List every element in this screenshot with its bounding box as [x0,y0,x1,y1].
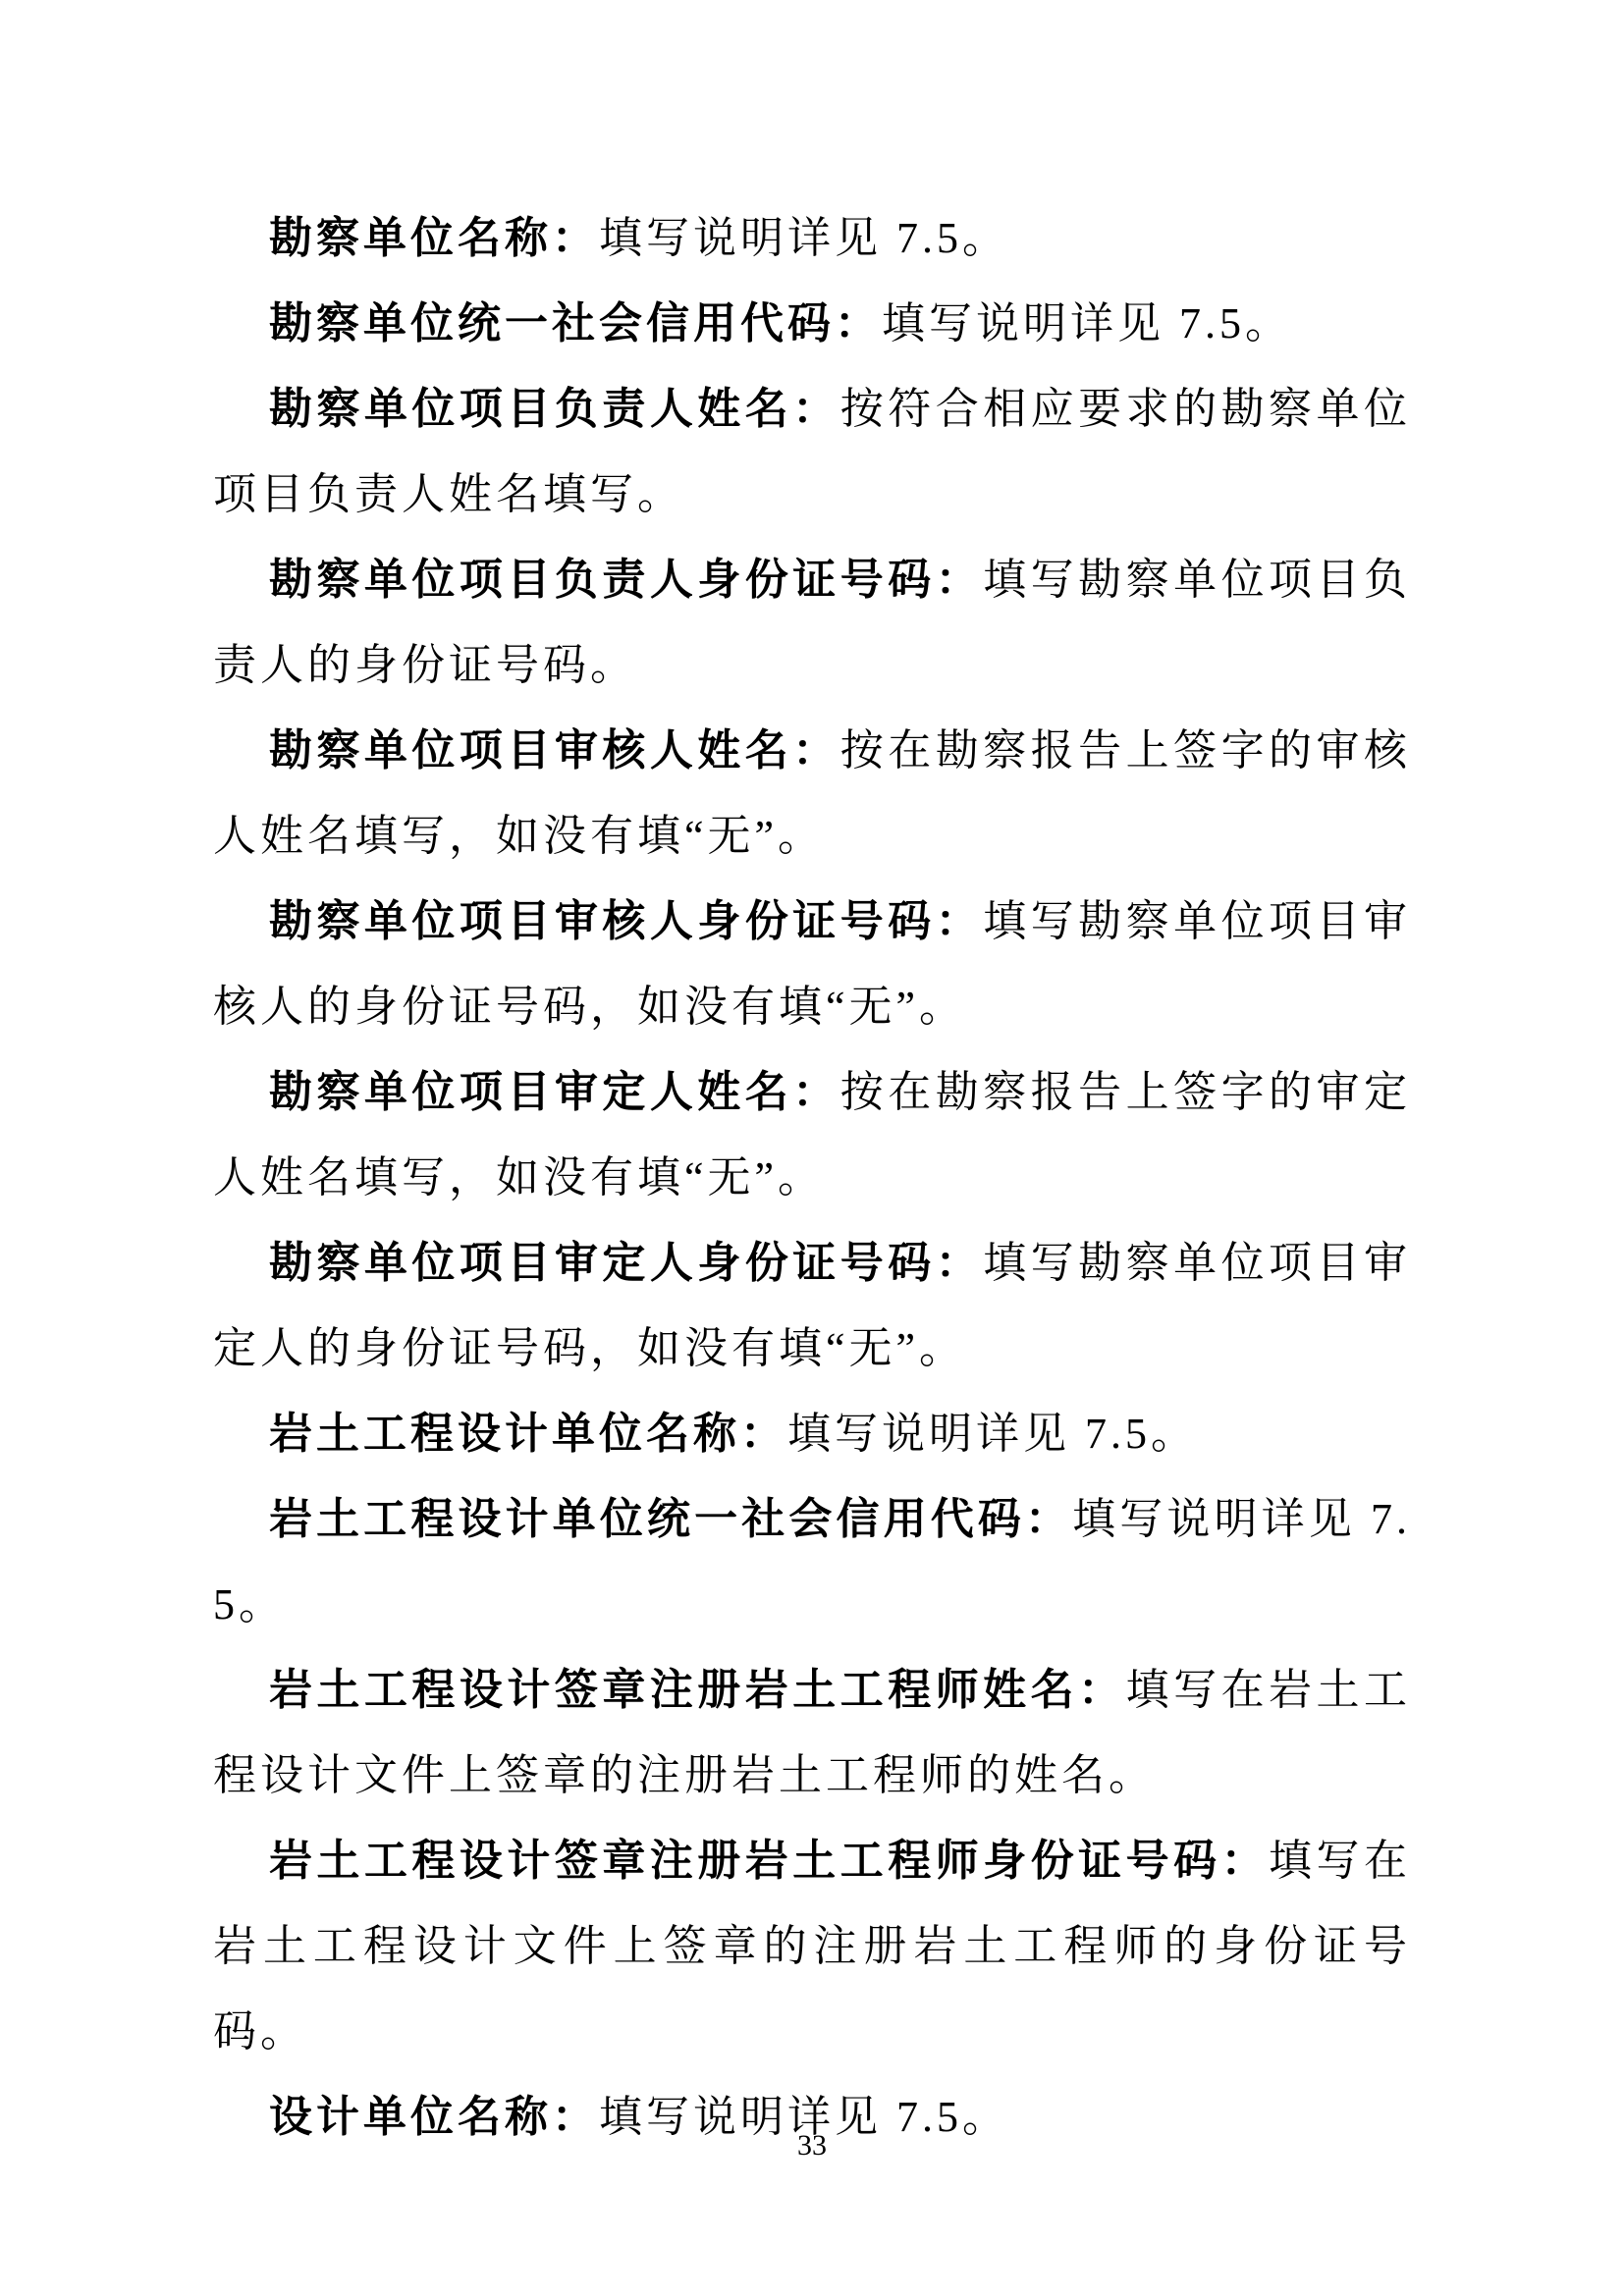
paragraph-label: 勘察单位项目审定人身份证号码： [269,1239,983,1287]
paragraph: 勘察单位项目负责人姓名：按符合相应要求的勘察单位项目负责人姓名填写。 [213,366,1411,537]
paragraph-text: 填写说明详见 7.5。 [882,299,1292,347]
paragraph: 勘察单位项目审定人身份证号码：填写勘察单位项目审定人的身份证号码，如没有填“无”… [213,1220,1411,1391]
paragraph: 岩土工程设计签章注册岩土工程师身份证号码：填写在岩土工程设计文件上签章的注册岩土… [213,1818,1411,2074]
paragraph-label: 岩土工程设计单位统一社会信用代码： [269,1495,1072,1543]
paragraph: 岩土工程设计单位名称：填写说明详见 7.5。 [213,1391,1411,1476]
paragraph: 岩土工程设计签章注册岩土工程师姓名：填写在岩土工程设计文件上签章的注册岩土工程师… [213,1647,1411,1818]
page-body-text: 勘察单位名称：填写说明详见 7.5。 勘察单位统一社会信用代码：填写说明详见 7… [213,195,1411,2160]
paragraph-label: 岩土工程设计单位名称： [269,1410,787,1458]
paragraph-label: 勘察单位项目审核人姓名： [269,726,840,774]
paragraph-text: 填写说明详见 7.5。 [787,1410,1198,1458]
paragraph: 勘察单位项目审核人姓名：按在勘察报告上签字的审核人姓名填写，如没有填“无”。 [213,708,1411,879]
page-number: 33 [0,2128,1624,2163]
paragraph: 勘察单位名称：填写说明详见 7.5。 [213,195,1411,281]
paragraph-label: 勘察单位项目审定人姓名： [269,1068,840,1116]
paragraph-label: 勘察单位项目审核人身份证号码： [269,897,983,945]
paragraph-label: 勘察单位名称： [269,214,599,262]
paragraph-label: 岩土工程设计签章注册岩土工程师姓名： [269,1666,1126,1714]
paragraph: 勘察单位项目审定人姓名：按在勘察报告上签字的审定人姓名填写，如没有填“无”。 [213,1049,1411,1220]
paragraph-text: 填写说明详见 7.5。 [599,214,1009,262]
paragraph: 勘察单位项目审核人身份证号码：填写勘察单位项目审核人的身份证号码，如没有填“无”… [213,879,1411,1049]
paragraph-label: 岩土工程设计签章注册岩土工程师身份证号码： [269,1837,1269,1885]
paragraph: 勘察单位统一社会信用代码：填写说明详见 7.5。 [213,281,1411,366]
document-page: 勘察单位名称：填写说明详见 7.5。 勘察单位统一社会信用代码：填写说明详见 7… [0,0,1624,2296]
paragraph: 岩土工程设计单位统一社会信用代码：填写说明详见 7.5。 [213,1476,1411,1647]
paragraph-label: 勘察单位项目负责人姓名： [269,385,840,433]
paragraph: 勘察单位项目负责人身份证号码：填写勘察单位项目负责人的身份证号码。 [213,537,1411,708]
paragraph-label: 勘察单位统一社会信用代码： [269,299,882,347]
paragraph-label: 勘察单位项目负责人身份证号码： [269,556,983,604]
